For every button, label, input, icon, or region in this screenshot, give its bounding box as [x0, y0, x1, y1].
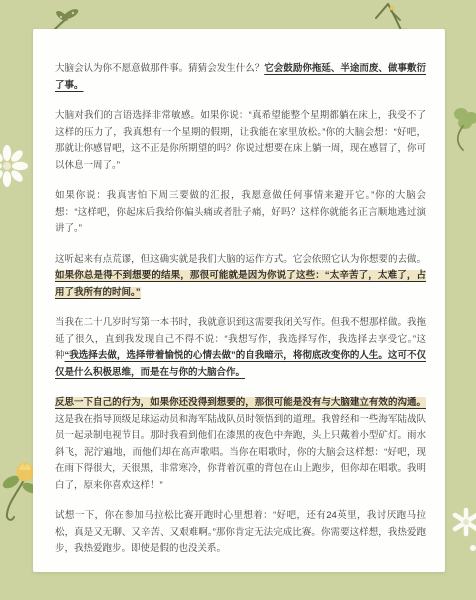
paragraph: 反思一下自己的行为，如果你还没得到想要的，那很可能是没有与大脑建立有效的沟通。这…	[55, 395, 426, 494]
text-run: 这是我在指导顶级足球运动员和海军陆战队员时领悟到的道理。我曾经和一些海军陆战队员…	[55, 414, 426, 491]
daisy-flower-icon	[0, 144, 28, 193]
text-run: 大脑会认为你不愿意做那件事。猜猜会发生什么？	[55, 63, 264, 74]
text-run: 如果你说：我真害怕下周三要做的汇报，我愿意做任何事情来避开它。”你的大脑会想：“…	[55, 190, 426, 234]
paragraph: 试想一下，你在参加马拉松比赛开跑时心里想着：“好吧，还有24英里，我讨厌跑马拉松…	[55, 508, 426, 558]
paragraph: 大脑对我们的言语选择非常敏感。如果你说：“真希望能整个星期都躺在床上，我受不了这…	[55, 108, 426, 174]
article-text: 大脑会认为你不愿意做那件事。猜猜会发生什么？它会鼓励你拖延、半途而废、做事敷衍了…	[55, 61, 426, 558]
text-run: 试想一下，你在参加马拉松比赛开跑时心里想着：“好吧，还有24英里，我讨厌跑马拉松…	[55, 510, 426, 554]
paragraph: 当我在二十几岁时写第一本书时，我就意识到这需要我闭关写作。但我不想那样做。我拖延…	[55, 315, 426, 381]
text-run: 大脑对我们的言语选择非常敏感。如果你说：“真希望能整个星期都躺在床上，我受不了这…	[55, 110, 426, 171]
asterisk-flower-icon	[449, 504, 476, 559]
text-run: “我选择去做，选择带着愉悦的心情去做”的自我暗示，将彻底改变你的人生。这可不仅仅…	[55, 350, 426, 378]
text-run: 如果你总是得不到想要的结果，那很可能就是因为你说了这些：“太辛苦了，太难了，占用…	[55, 270, 426, 298]
paragraph: 大脑会认为你不愿意做那件事。猜猜会发生什么？它会鼓励你拖延、半途而废、做事敷衍了…	[55, 61, 426, 94]
text-run: 这听起来有点荒谬，但这确实就是我们大脑的运作方式。它会依照它认为你想要的去做。	[55, 254, 426, 265]
text-run: 反思一下自己的行为，如果你还没得到想要的，那很可能是没有与大脑建立有效的沟通。	[55, 397, 426, 408]
clover-leaf-icon	[447, 106, 476, 161]
page-background: 大脑会认为你不愿意做那件事。猜猜会发生什么？它会鼓励你拖延、半途而废、做事敷衍了…	[0, 0, 476, 600]
paragraph: 这听起来有点荒谬，但这确实就是我们大脑的运作方式。它会依照它认为你想要的去做。如…	[55, 252, 426, 302]
paragraph: 如果你说：我真害怕下周三要做的汇报，我愿意做任何事情来避开它。”你的大脑会想：“…	[55, 188, 426, 238]
article-card: 大脑会认为你不愿意做那件事。猜猜会发生什么？它会鼓励你拖延、半途而废、做事敷衍了…	[33, 29, 445, 572]
